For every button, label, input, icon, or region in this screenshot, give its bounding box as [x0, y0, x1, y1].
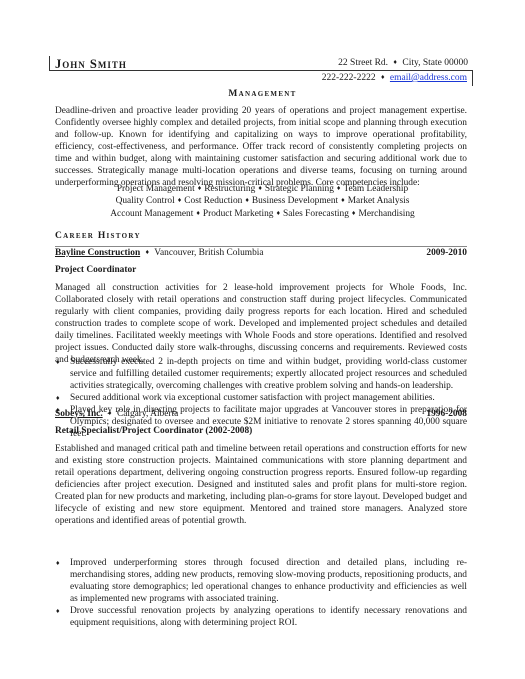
competency-item: Restructuring [204, 184, 255, 194]
competency-item: Quality Control [116, 196, 175, 206]
diamond-separator-icon: ♦ [338, 196, 348, 204]
job-title: Project Coordinator [55, 265, 136, 275]
diamond-separator-icon: ♦ [390, 58, 400, 66]
achievement-text: Successfully executed 2 in-depth project… [70, 357, 467, 391]
achievement-text: Drove successful renovation projects by … [70, 606, 467, 628]
header-right-rule [472, 70, 473, 86]
achievement-item: ♦Secured additional work via exceptional… [55, 392, 467, 404]
competency-item: Product Marketing [203, 209, 274, 219]
job-location: Vancouver, British Columbia [154, 248, 263, 258]
diamond-bullet-icon: ♦ [56, 557, 60, 569]
core-competencies: Project Management♦Restructuring♦Strateg… [0, 183, 525, 220]
achievement-item: ♦Drove successful renovation projects by… [55, 605, 467, 629]
section-title-management: Management [0, 89, 525, 99]
competency-item: Business Development [252, 196, 338, 206]
diamond-separator-icon: ♦ [105, 409, 115, 417]
diamond-separator-icon: ♦ [334, 184, 344, 192]
job-header: Bayline Construction ♦ Vancouver, Britis… [55, 248, 467, 258]
achievement-item: ♦Improved underperforming stores through… [55, 557, 467, 605]
company-name: Sobeys, Inc. [55, 409, 103, 419]
resume-page: John Smith 22 Street Rd. ♦ City, State 0… [0, 0, 525, 679]
competency-item: Strategic Planning [265, 184, 334, 194]
diamond-bullet-icon: ♦ [56, 356, 60, 368]
job-achievements: ♦Improved underperforming stores through… [55, 557, 467, 629]
candidate-name: John Smith [55, 57, 127, 72]
career-history-rule [55, 246, 467, 247]
phone-number: 222-222-2222 [322, 73, 376, 83]
job-description: Managed all construction activities for … [55, 282, 467, 366]
competency-item: Market Analysis [348, 196, 410, 206]
competency-row: Account Management♦Product Marketing♦Sal… [0, 208, 525, 220]
job-header: Sobeys, Inc. ♦ Calgary, Alberta 1996-200… [55, 409, 467, 419]
diamond-separator-icon: ♦ [255, 184, 265, 192]
diamond-separator-icon: ♦ [143, 248, 153, 256]
diamond-separator-icon: ♦ [273, 209, 283, 217]
diamond-separator-icon: ♦ [349, 209, 359, 217]
diamond-separator-icon: ♦ [378, 73, 388, 81]
competency-item: Team Leadership [343, 184, 408, 194]
email-link[interactable]: email@address.com [390, 73, 467, 83]
job-dates: 1996-2008 [426, 409, 467, 419]
diamond-bullet-icon: ♦ [56, 392, 60, 404]
job-description: Established and managed critical path an… [55, 443, 467, 527]
competency-item: Project Management [117, 184, 195, 194]
competency-item: Sales Forecasting [283, 209, 349, 219]
diamond-bullet-icon: ♦ [56, 605, 60, 617]
competency-item: Account Management [110, 209, 193, 219]
company-name: Bayline Construction [55, 248, 140, 258]
header-left-rule [49, 56, 50, 71]
diamond-separator-icon: ♦ [195, 184, 205, 192]
achievement-item: ♦Successfully executed 2 in-depth projec… [55, 356, 467, 392]
address-line: 22 Street Rd. ♦ City, State 00000 [338, 58, 468, 68]
achievement-text: Secured additional work via exceptional … [70, 393, 435, 403]
job-location: Calgary, Alberta [117, 409, 178, 419]
contact-line: 222-222-2222 ♦ email@address.com [322, 73, 467, 83]
summary-paragraph: Deadline-driven and proactive leader pro… [55, 105, 467, 189]
competency-item: Merchandising [358, 209, 414, 219]
job-title: Retail Specialist/Project Coordinator (2… [55, 426, 252, 436]
diamond-separator-icon: ♦ [175, 196, 185, 204]
street-address: 22 Street Rd. [338, 58, 388, 68]
job-dates: 2009-2010 [426, 248, 467, 258]
competency-row: Project Management♦Restructuring♦Strateg… [0, 183, 525, 195]
city-state: City, State 00000 [402, 58, 468, 68]
competency-item: Cost Reduction [184, 196, 242, 206]
diamond-separator-icon: ♦ [242, 196, 252, 204]
achievement-text: Improved underperforming stores through … [70, 558, 467, 604]
competency-row: Quality Control♦Cost Reduction♦Business … [0, 195, 525, 207]
diamond-separator-icon: ♦ [193, 209, 203, 217]
section-title-career-history: Career History [55, 231, 141, 241]
